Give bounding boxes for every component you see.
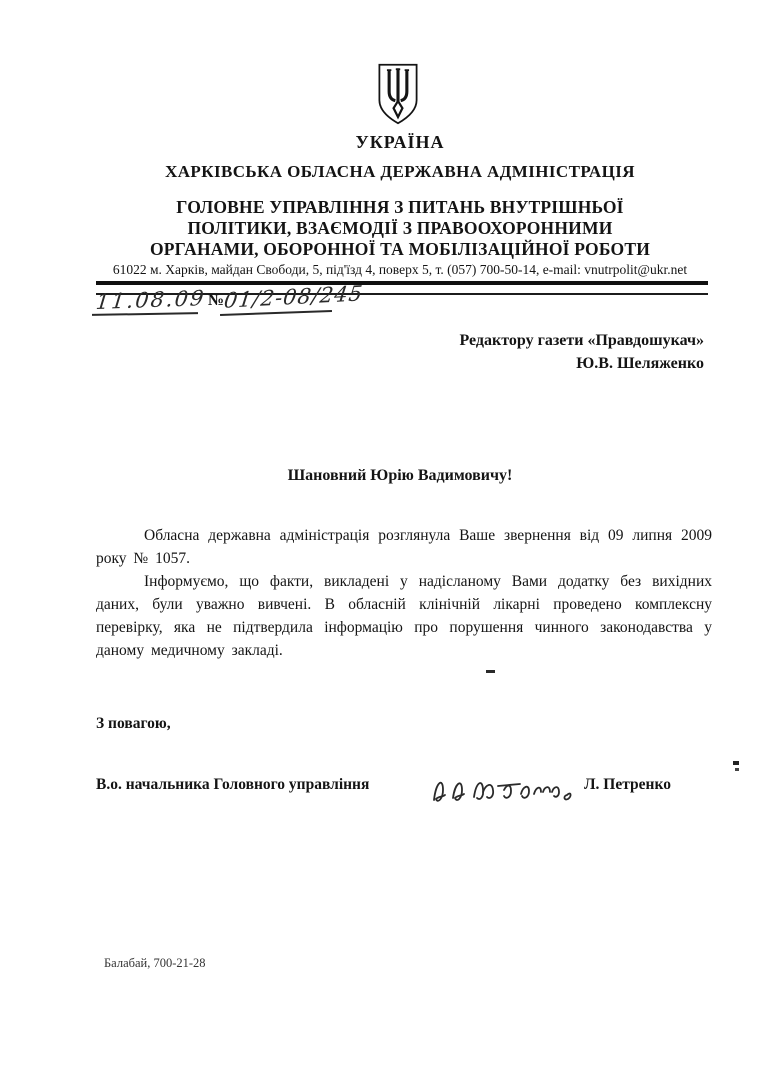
recipient-line-1: Редактору газети «Правдошукач»: [300, 329, 704, 352]
department-line-1: ГОЛОВНЕ УПРАВЛІННЯ З ПИТАНЬ ВНУТРІШНЬОЇ: [60, 197, 740, 218]
salutation: Шановний Юрію Вадимовичу!: [90, 467, 710, 485]
scan-artifact-speck: [733, 761, 739, 765]
recipient-block: Редактору газети «Правдошукач» Ю.В. Шеля…: [300, 329, 704, 375]
ukraine-trident-emblem-icon: [375, 63, 421, 125]
contact-line: 61022 м. Харків, майдан Свободи, 5, під'…: [90, 262, 710, 278]
organization-name: ХАРКІВСЬКА ОБЛАСНА ДЕРЖАВНА АДМІНІСТРАЦІ…: [60, 162, 740, 182]
handwritten-signature-icon: [426, 766, 586, 814]
date-underline: [92, 312, 198, 316]
signer-title: В.о. начальника Головного управління: [96, 776, 369, 794]
valediction: З повагою,: [96, 715, 171, 733]
department-name: ГОЛОВНЕ УПРАВЛІННЯ З ПИТАНЬ ВНУТРІШНЬОЇ …: [60, 197, 740, 260]
scan-artifact-dash: [486, 670, 495, 673]
scan-artifact-speck-2: [735, 768, 739, 771]
department-line-2: ПОЛІТИКИ, ВЗАЄМОДІЇ З ПРАВООХОРОННИМИ: [60, 218, 740, 239]
letter-body: Обласна державна адміністрація розглянул…: [96, 524, 712, 662]
country-name: УКРАЇНА: [90, 132, 710, 153]
executor-line: Балабай, 700-21-28: [104, 956, 206, 971]
department-line-3: ОРГАНАМИ, ОБОРОННОЇ ТА МОБІЛІЗАЦІЙНОЇ РО…: [60, 239, 740, 260]
recipient-line-2: Ю.В. Шеляженко: [300, 352, 704, 375]
handwritten-date: 11.08.09: [95, 286, 207, 314]
scanned-letter-page: УКРАЇНА ХАРКІВСЬКА ОБЛАСНА ДЕРЖАВНА АДМІ…: [0, 0, 771, 1091]
body-paragraph-2: Інформуємо, що факти, викладені у надісл…: [96, 570, 712, 662]
signer-name: Л. Петренко: [584, 776, 671, 794]
body-paragraph-1: Обласна державна адміністрація розглянул…: [96, 524, 712, 570]
number-sign: №: [208, 292, 224, 310]
